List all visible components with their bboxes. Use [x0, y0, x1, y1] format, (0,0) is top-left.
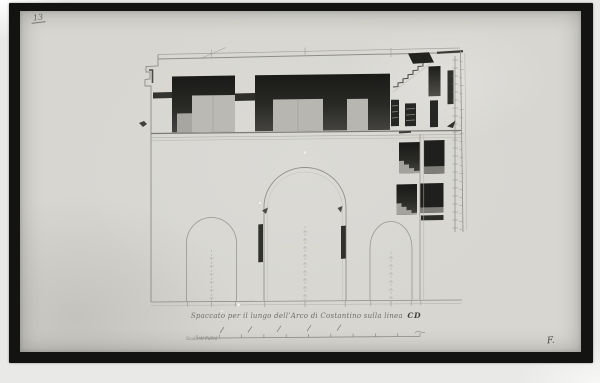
ground-line: [151, 300, 462, 302]
plate-number: 13: [30, 12, 45, 24]
scratch-mark: [203, 48, 226, 58]
arch-section-drawing: Scala di Palmi: [0, 0, 600, 383]
upper-staircase: [393, 52, 454, 104]
left-cornice-profile: [145, 55, 158, 303]
stair-slot: [448, 70, 454, 104]
archways: [187, 134, 424, 307]
stair-stringer: [408, 52, 434, 64]
photograph-of-drawing: Scala di Palmi 13 Spaccato per il lungo …: [0, 0, 600, 383]
stair-slot: [391, 100, 399, 127]
scale-flourish: [415, 331, 425, 333]
attic-lintel: [153, 92, 172, 99]
attic-lintel: [235, 93, 255, 101]
pier-niche: [341, 226, 346, 259]
pier-niche: [258, 224, 263, 262]
stair-slot: [430, 100, 438, 127]
caption: Spaccato per il lungo dell’Arco di Costa…: [150, 311, 462, 320]
attic-room-wall: [192, 95, 235, 132]
stair-shaft-windows: [397, 140, 445, 220]
scale-label: Scala di Palmi: [186, 337, 218, 342]
signature: F.: [547, 336, 556, 347]
caption-text: Spaccato per il lungo dell’Arco di Costa…: [191, 312, 403, 320]
stair-door: [429, 66, 441, 96]
scale-numerals: [220, 325, 341, 333]
attic-room-wall: [347, 99, 368, 131]
caption-reference: CD: [407, 311, 421, 320]
pointer-mark: [447, 121, 456, 129]
attic-chambers: [153, 74, 438, 133]
ink-fleck: [139, 121, 147, 127]
scale-bar: Scala di Palmi: [186, 325, 425, 342]
